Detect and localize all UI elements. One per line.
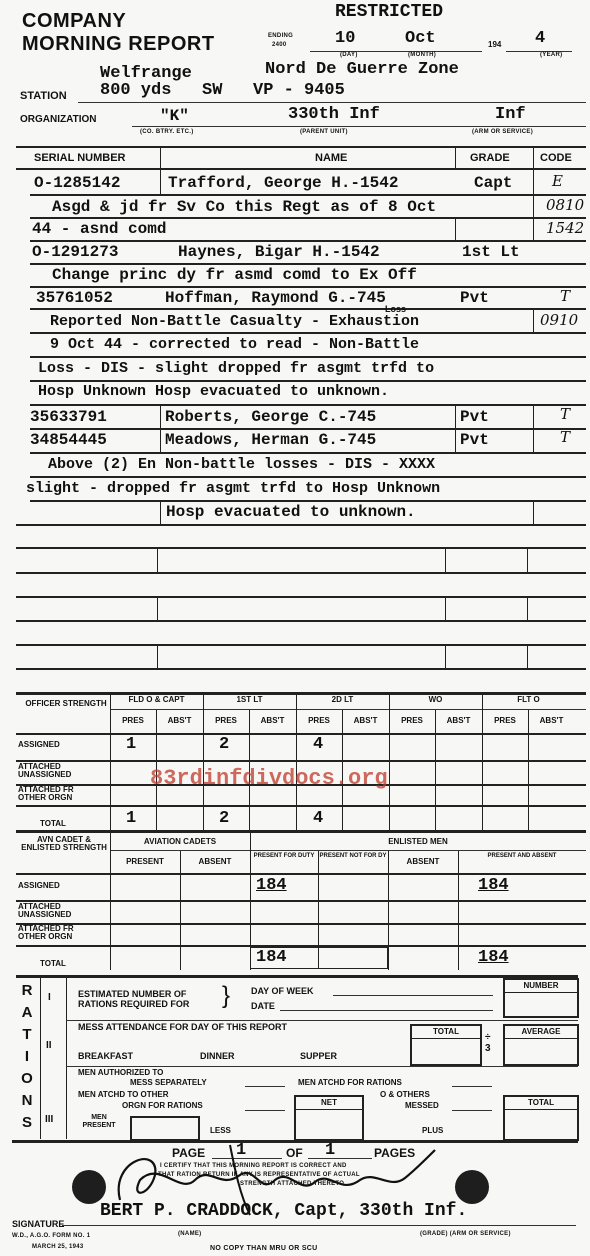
rations-side-label: RATIONS [20, 980, 34, 1134]
station-zone: Nord De Guerre Zone [265, 60, 459, 79]
organization-label: ORGANIZATION [20, 114, 96, 125]
sub-abst: ABS'T [342, 717, 389, 725]
month-label: (MONTH) [408, 52, 436, 58]
sub-abst: ABS'T [528, 717, 575, 725]
group-wo: WO [389, 696, 482, 704]
organization-company: "K" [160, 107, 189, 125]
entry-code: 1542 [546, 219, 584, 237]
col-code: CODE [540, 152, 572, 164]
mess-separately-label: MESS SEPARATELY [130, 1079, 207, 1087]
men-authorized-label: MEN AUTHORIZED TO [78, 1069, 163, 1077]
group-1st-lt: 1ST LT [203, 696, 296, 704]
row-label-attached-other: ATTACHED FR OTHER ORGN [18, 925, 98, 941]
entry-remark: 44 - asnd comd [32, 220, 166, 238]
men-atchd-other-label: MEN ATCHD TO OTHER [78, 1091, 169, 1099]
total-box[interactable]: TOTAL [410, 1024, 482, 1066]
signer-name: BERT P. CRADDOCK, Capt, 330th Inf. [100, 1201, 467, 1221]
entry-remark: Loss - DIS - slight dropped fr asgmt trf… [38, 360, 434, 377]
messed-label: MESSED [405, 1102, 439, 1110]
entry-grade: Capt [474, 174, 512, 192]
entry-annotation: Loss [385, 304, 406, 314]
off-assigned-1stlt-pres: 2 [219, 735, 229, 754]
net-box[interactable]: NET [294, 1095, 364, 1141]
off-assigned-2dlt-pres: 4 [313, 735, 323, 754]
entry-code: 0810 [546, 196, 584, 214]
col-present-and-absent: PRESENT AND ABSENT [458, 853, 586, 860]
group-fld-o-capt: FLD O & CAPT [110, 696, 203, 704]
station-label: STATION [20, 90, 67, 102]
col-present-not-for-duty: PRESENT NOT FOR DY [318, 853, 388, 860]
group-enlisted-men: ENLISTED MEN [250, 838, 586, 846]
entry-name: Roberts, George C.-745 [165, 408, 376, 426]
entry-remark: slight - dropped fr asgmt trfd to Hosp U… [26, 480, 440, 497]
off-total-2dlt-pres: 4 [313, 809, 323, 828]
day-label: (DAY) [340, 52, 358, 58]
binder-hole-right [455, 1170, 489, 1204]
report-day: 10 [335, 29, 355, 48]
breakfast-label: BREAKFAST [78, 1052, 133, 1060]
entry-serial: 35633791 [30, 408, 107, 426]
row-label-assigned: ASSIGNED [18, 741, 60, 749]
entry-serial: O-1285142 [34, 174, 120, 192]
sub-abst: ABS'T [156, 717, 203, 725]
grade-label: (GRADE) (ARM OR SERVICE) [420, 1231, 511, 1237]
report-month: Oct [405, 29, 436, 48]
plus-label: PLUS [422, 1127, 443, 1135]
row-label-attached-unassigned: ATTACHED UNASSIGNED [18, 763, 98, 779]
year-prefix: 194 [488, 40, 501, 49]
men-present-label: MENPRESENT [70, 1114, 128, 1130]
sub-pres: PRES [389, 717, 435, 725]
date-label: DATE [251, 1002, 275, 1010]
entry-name: Hoffman, Raymond G.-745 [165, 289, 386, 307]
brace-icon: } [222, 982, 230, 1010]
entry-remark: Reported Non-Battle Casualty - Exhaustio… [50, 313, 419, 330]
entry-code: E [552, 172, 563, 190]
mess-attendance-label: MESS ATTENDANCE FOR DAY OF THIS REPORT [78, 1023, 287, 1031]
group-flt-o: FLT O [482, 696, 575, 704]
row-label-attached-unassigned: ATTACHED UNASSIGNED [18, 903, 98, 919]
group-aviation-cadets: AVIATION CADETS [110, 838, 250, 846]
supper-label: SUPPER [300, 1052, 337, 1060]
report-year: 4 [535, 29, 545, 48]
form-title-morning-report: MORNING REPORT [22, 33, 215, 55]
entry-remark: Hosp evacuated to unknown. [166, 503, 416, 521]
col-serial-number: SERIAL NUMBER [34, 152, 125, 164]
enl-assigned-present-absent: 184 [478, 876, 509, 895]
organization-parent-unit: 330th Inf [288, 105, 380, 124]
entry-remark: Asgd & jd fr Sv Co this Regt as of 8 Oct [52, 198, 436, 216]
off-assigned-fldo-pres: 1 [126, 735, 136, 754]
entry-serial: 35761052 [36, 289, 113, 307]
row-label-total: TOTAL [40, 960, 66, 968]
entry-code: T [560, 428, 570, 446]
iii-total-box[interactable]: TOTAL [503, 1095, 579, 1141]
form-number: W.D., A.G.O. FORM NO. 1 [12, 1233, 90, 1239]
number-box[interactable]: NUMBER [503, 978, 579, 1018]
classification-stamp: RESTRICTED [335, 2, 443, 22]
entry-code: T [560, 287, 570, 305]
divide-by-3: ÷ 3 [485, 1032, 493, 1054]
entry-grade: 1st Lt [462, 243, 520, 261]
orgn-for-rations-label: ORGN FOR RATIONS [122, 1102, 203, 1110]
enl-total-present-duty: 184 [256, 948, 287, 967]
col-grade: GRADE [470, 152, 510, 164]
less-label: LESS [210, 1127, 231, 1135]
name-label: (NAME) [178, 1231, 201, 1237]
entry-name: Meadows, Herman G.-745 [165, 431, 376, 449]
section-iii-number: III [45, 1114, 53, 1125]
entry-code: 0910 [540, 311, 578, 329]
o-and-others-label: O & OTHERS [380, 1091, 430, 1099]
enl-assigned-present-duty: 184 [256, 876, 287, 895]
sub-pres: PRES [110, 717, 156, 725]
ending-label: ENDING [268, 33, 293, 39]
col-enlisted-absent: ABSENT [388, 858, 458, 866]
col-name: NAME [315, 152, 347, 164]
ending-time-label: 2400 [272, 42, 287, 48]
entry-serial: 34854445 [30, 431, 107, 449]
group-2d-lt: 2D LT [296, 696, 389, 704]
year-label: (YEAR) [540, 52, 562, 58]
average-box[interactable]: AVERAGE [503, 1024, 579, 1066]
entry-code: T [560, 405, 570, 423]
entry-remark: 9 Oct 44 - corrected to read - Non-Battl… [50, 336, 419, 353]
sub-abst: ABS'T [249, 717, 296, 725]
station-location: 800 yds SW VP - 9405 [100, 81, 345, 100]
men-atchd-rations-label: MEN ATCHD FOR RATIONS [298, 1079, 402, 1087]
signature-label: SIGNATURE [12, 1220, 64, 1228]
entry-grade: Pvt [460, 431, 489, 449]
col-present-for-duty: PRESENT FOR DUTY [250, 853, 318, 860]
sub-abst: ABS'T [435, 717, 482, 725]
entry-name: Haynes, Bigar H.-1542 [178, 243, 380, 261]
watermark: 83rdinfdivdocs.org [150, 766, 388, 791]
col-cadet-absent: ABSENT [180, 858, 250, 866]
sub-pres: PRES [296, 717, 342, 725]
entry-serial: O-1291273 [32, 243, 118, 261]
sub-pres: PRES [203, 717, 249, 725]
entry-name: Trafford, George H.-1542 [168, 174, 398, 192]
form-date: MARCH 25, 1943 [32, 1244, 84, 1250]
col-cadet-present: PRESENT [110, 858, 180, 866]
sub-pres: PRES [482, 717, 528, 725]
entry-grade: Pvt [460, 289, 489, 307]
section-i-number: I [48, 992, 51, 1003]
enlisted-strength-title: AVN CADET & ENLISTED STRENGTH [18, 836, 110, 852]
dinner-label: DINNER [200, 1052, 235, 1060]
service-label: (ARM OR SERVICE) [472, 129, 533, 135]
form-title-company: COMPANY [22, 10, 126, 32]
entry-grade: Pvt [460, 408, 489, 426]
row-label-assigned: ASSIGNED [18, 882, 60, 890]
enl-total-present-absent: 184 [478, 948, 509, 967]
men-present-box[interactable] [130, 1116, 200, 1141]
form-note: NO COPY THAN MRU OR SCU [210, 1245, 318, 1252]
entry-remark: Above (2) En Non-battle losses - DIS - X… [48, 456, 435, 473]
row-label-attached-other: ATTACHED FR OTHER ORGN [18, 786, 98, 802]
organization-service: Inf [495, 105, 526, 124]
entry-remark: Hosp Unknown Hosp evacuated to unknown. [38, 383, 389, 400]
officer-strength-title: OFFICER STRENGTH [22, 700, 110, 708]
company-label: (CO. BTRY. ETC.) [140, 129, 194, 135]
entry-remark: Change princ dy fr asmd comd to Ex Off [52, 266, 417, 284]
off-total-1stlt-pres: 2 [219, 809, 229, 828]
row-label-total: TOTAL [40, 820, 66, 828]
rations-estimated-label: ESTIMATED NUMBER OFRATIONS REQUIRED FOR [78, 989, 189, 1009]
off-total-fldo-pres: 1 [126, 809, 136, 828]
day-of-week-label: DAY OF WEEK [251, 987, 314, 995]
section-ii-number: II [46, 1040, 52, 1051]
parent-unit-label: (PARENT UNIT) [300, 129, 348, 135]
